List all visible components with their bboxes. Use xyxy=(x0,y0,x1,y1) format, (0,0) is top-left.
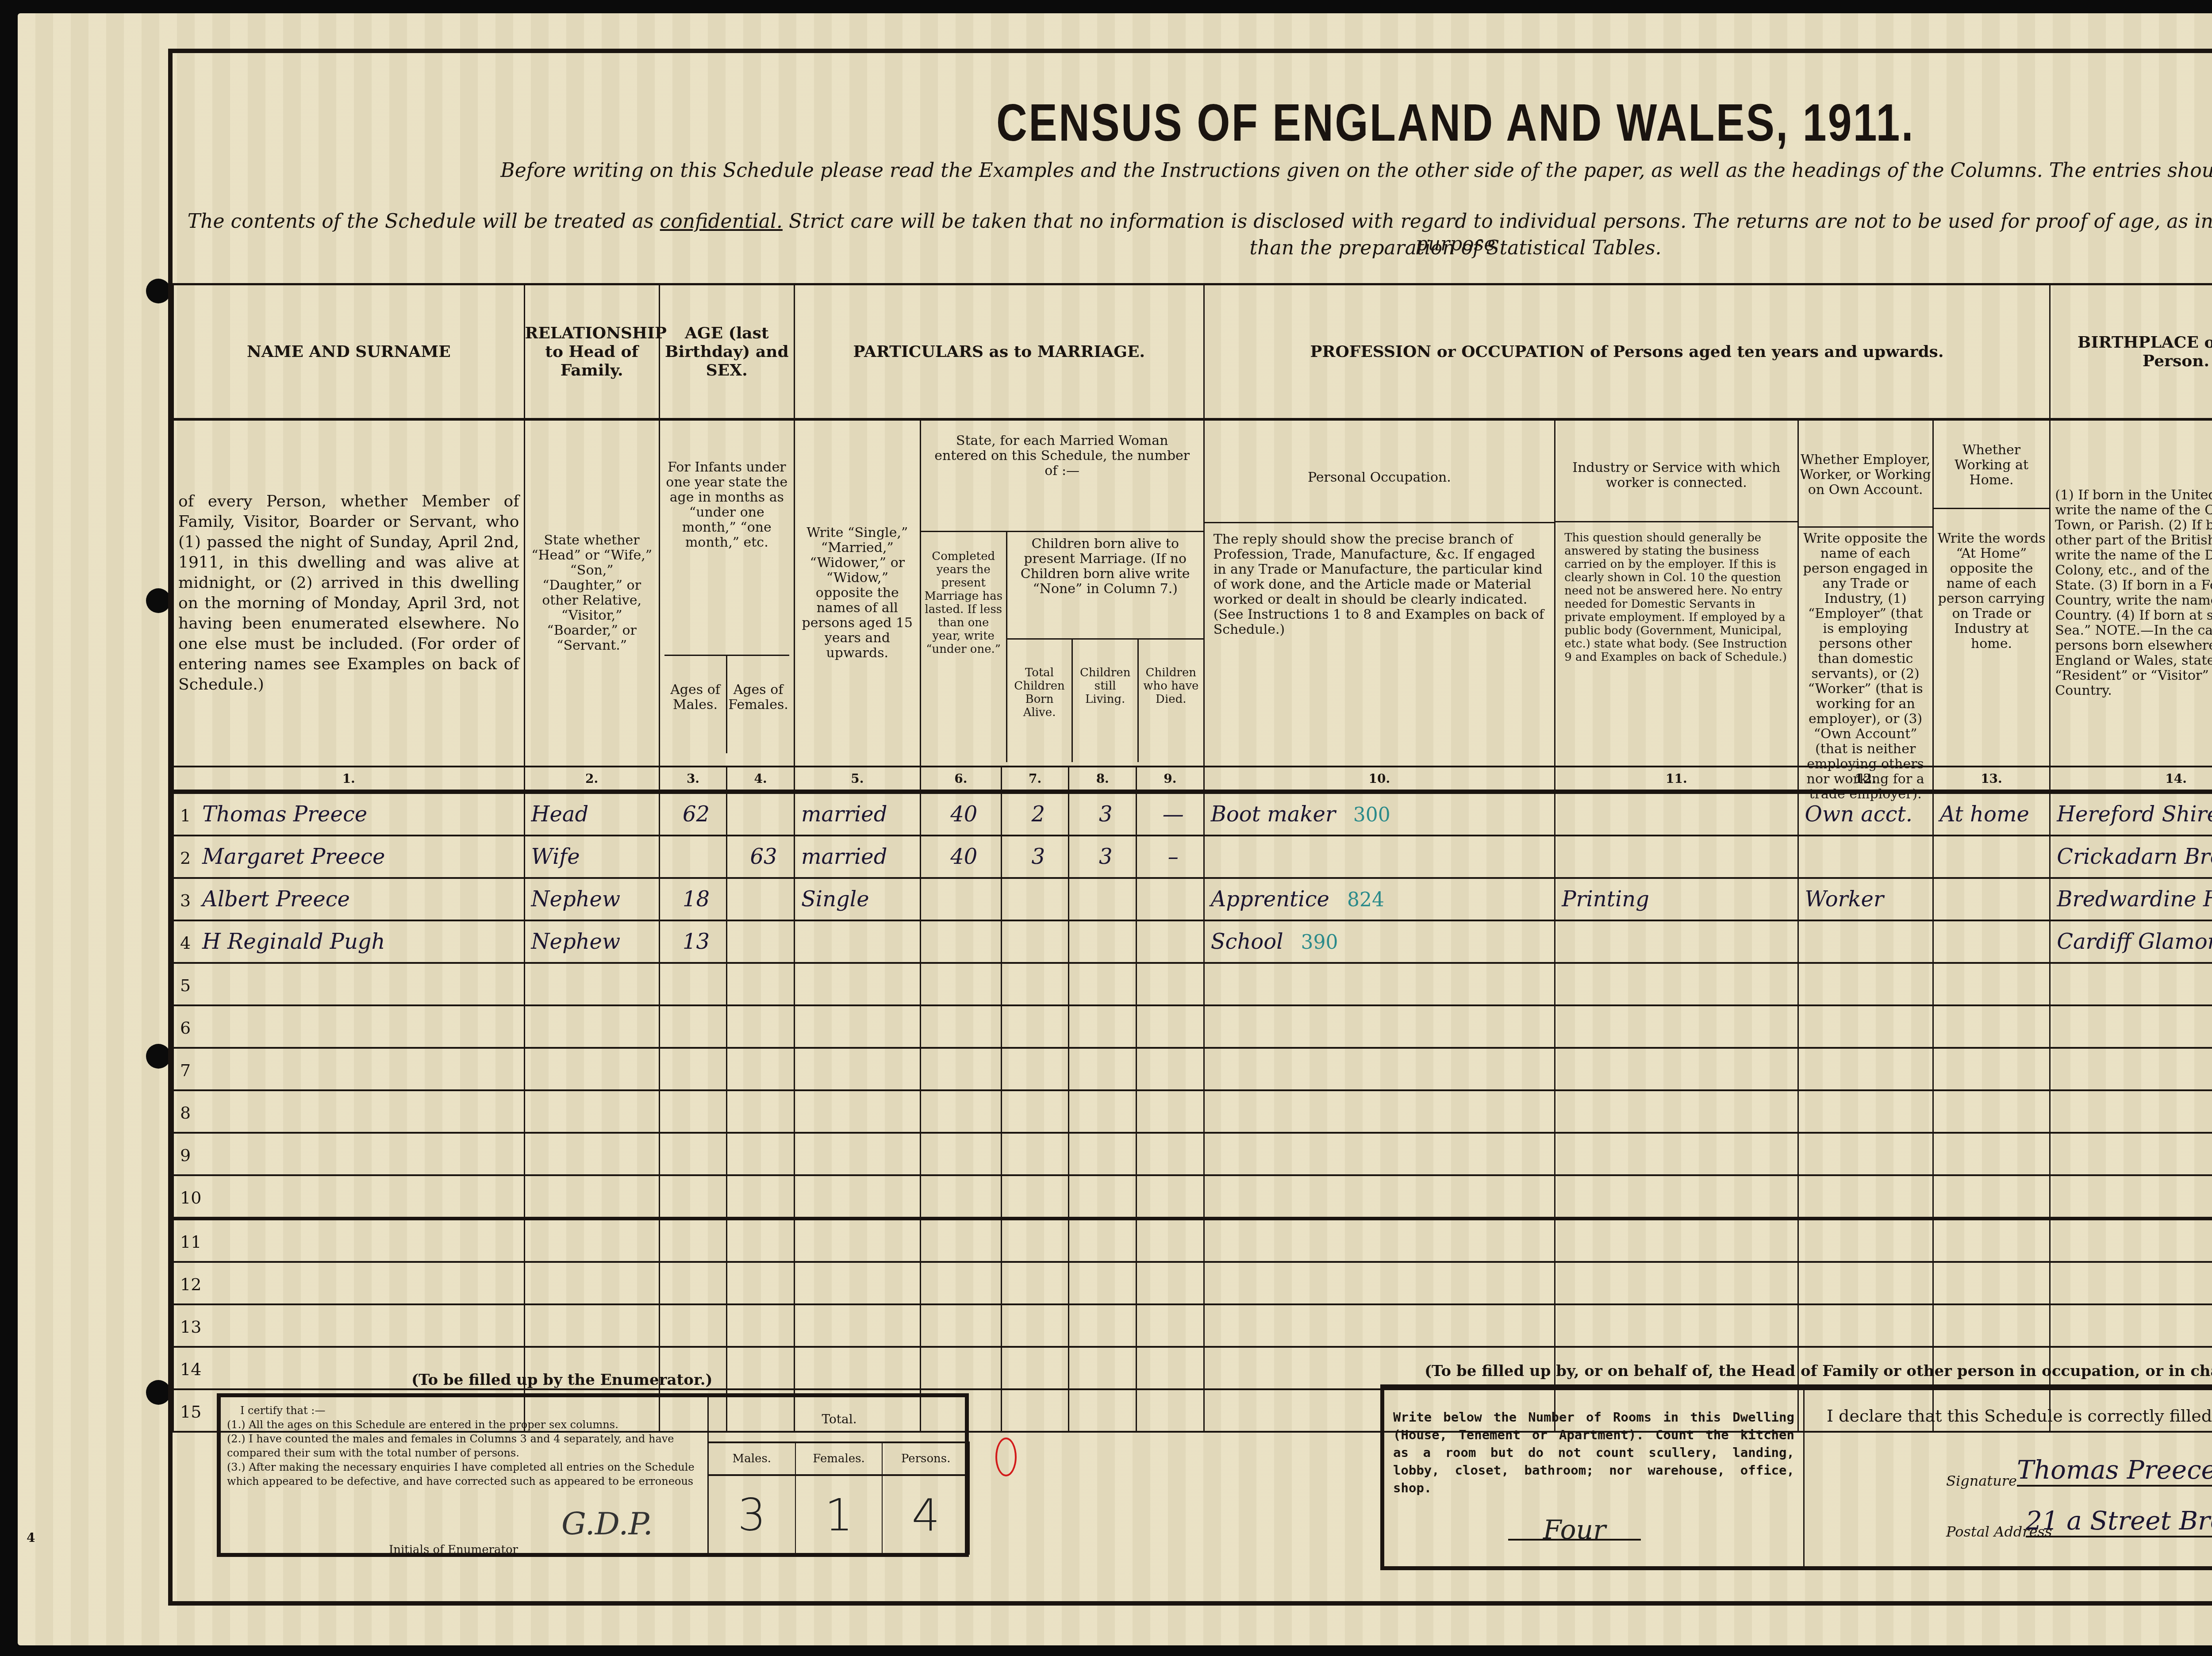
header-age: AGE (last Birthday) and SEX. xyxy=(659,284,794,420)
employer-cell[interactable] xyxy=(1798,920,1933,963)
table-row: 13 xyxy=(173,1304,2212,1347)
employer-cell[interactable] xyxy=(1798,836,1933,878)
age-female-cell[interactable] xyxy=(727,1048,795,1090)
table-row: 1Thomas PreeceHead62married4023—Boot mak… xyxy=(173,792,2212,836)
occupation-code: 300 xyxy=(1353,804,1390,826)
occupation-code: 390 xyxy=(1301,931,1338,954)
totals-header: Total. xyxy=(709,1397,970,1443)
census-form: CENSUS OF ENGLAND AND WALES, 1911. Befor… xyxy=(168,49,2212,1606)
at-home-cell[interactable] xyxy=(1933,1048,2050,1090)
occupation-cell[interactable] xyxy=(1204,1133,1555,1175)
children-living-cell[interactable] xyxy=(1069,1005,1137,1048)
col-num: 3. xyxy=(659,767,727,792)
years-married-cell[interactable] xyxy=(920,1175,1001,1219)
children-living-cell[interactable]: 3 xyxy=(1069,792,1137,836)
industry-cell[interactable] xyxy=(1555,1304,1798,1347)
header-name: NAME AND SURNAME xyxy=(173,284,525,420)
person-name: H Reginald Pugh xyxy=(202,929,385,954)
years-married-cell[interactable] xyxy=(920,1048,1001,1090)
industry-cell[interactable] xyxy=(1555,1090,1798,1133)
children-living-cell[interactable] xyxy=(1069,920,1137,963)
header-marriage: PARTICULARS as to MARRIAGE. xyxy=(794,284,1204,420)
name-cell[interactable]: 12 xyxy=(173,1262,525,1304)
children-total-cell[interactable] xyxy=(1001,1048,1069,1090)
certify-2: (2.) I have counted the males and female… xyxy=(227,1432,696,1460)
desc-marriage: Write “Single,” “Married,” “Widower,” or… xyxy=(794,419,920,767)
col-num: 5. xyxy=(794,767,920,792)
age-male-cell[interactable] xyxy=(659,1262,727,1304)
desc-children-total: Total Children Born Alive. xyxy=(1007,640,1073,762)
industry-cell[interactable] xyxy=(1555,1219,1798,1262)
age-male-cell[interactable] xyxy=(659,836,727,878)
age-female-cell[interactable] xyxy=(727,1262,795,1304)
person-name: Margaret Preece xyxy=(202,844,385,869)
name-cell[interactable]: 11 xyxy=(173,1219,525,1262)
row-number: 4 xyxy=(180,933,202,953)
years-married-cell[interactable] xyxy=(920,1219,1001,1262)
row-number: 5 xyxy=(180,976,202,995)
col-num: 9. xyxy=(1137,767,1204,792)
employer-title: Whether Employer, Worker, or Working on … xyxy=(1799,439,1932,528)
occupation-cell[interactable] xyxy=(1204,963,1555,1005)
employer-cell[interactable] xyxy=(1798,1304,1933,1347)
row-number: 6 xyxy=(180,1018,202,1038)
children-total-cell[interactable] xyxy=(1001,1133,1069,1175)
children-total-cell[interactable] xyxy=(1001,1090,1069,1133)
children-died-cell[interactable] xyxy=(1137,1347,1204,1389)
age-female-cell[interactable] xyxy=(727,878,795,920)
desc-age: For Infants under one year state the age… xyxy=(659,419,794,767)
age-male-cell[interactable] xyxy=(659,1133,727,1175)
children-died-cell[interactable] xyxy=(1137,1175,1204,1219)
table-row: 10 xyxy=(173,1175,2212,1219)
rooms-section: Write below the Number of Rooms in this … xyxy=(1384,1388,1805,1566)
at-home-cell[interactable] xyxy=(1933,1304,2050,1347)
marriage-cell[interactable] xyxy=(794,1175,920,1219)
totals-values: 3 1 4 xyxy=(709,1476,970,1555)
desc-birthplace: (1) If born in the United Kingdom, write… xyxy=(2050,419,2212,767)
age-female-cell[interactable] xyxy=(727,1347,795,1389)
years-married-cell[interactable] xyxy=(920,1304,1001,1347)
row-number: 13 xyxy=(180,1317,202,1337)
children-died-cell[interactable] xyxy=(1137,1048,1204,1090)
age-male-cell[interactable] xyxy=(659,1048,727,1090)
age-female-cell[interactable] xyxy=(727,1219,795,1262)
industry-title: Industry or Service with which worker is… xyxy=(1555,434,1797,522)
children-living-cell[interactable] xyxy=(1069,1219,1137,1262)
at-home-cell[interactable] xyxy=(1933,963,2050,1005)
desc-age-males: Ages of Males. xyxy=(664,656,728,753)
relationship-cell[interactable]: Wife xyxy=(524,836,659,878)
table-row: 11 xyxy=(173,1219,2212,1262)
marriage-cell[interactable] xyxy=(794,1347,920,1389)
row-number: 7 xyxy=(180,1061,202,1080)
rooms-value[interactable]: Four xyxy=(1508,1521,1641,1541)
birthplace-cell[interactable] xyxy=(2050,1219,2212,1262)
children-living-cell[interactable] xyxy=(1069,1048,1137,1090)
rooms-instruction: Write below the Number of Rooms in this … xyxy=(1393,1408,1794,1497)
children-died-cell[interactable] xyxy=(1137,1304,1204,1347)
years-married-cell[interactable] xyxy=(920,963,1001,1005)
name-cell[interactable]: 2Margaret Preece xyxy=(173,836,525,878)
industry-cell[interactable] xyxy=(1555,1262,1798,1304)
children-total-cell[interactable] xyxy=(1001,920,1069,963)
age-male-cell[interactable] xyxy=(659,1090,727,1133)
age-male-cell[interactable] xyxy=(659,1175,727,1219)
relationship-cell[interactable] xyxy=(524,963,659,1005)
header-row-desc: of every Person, whether Member of Famil… xyxy=(173,419,2212,767)
children-total-cell[interactable] xyxy=(1001,1389,1069,1432)
marriage-cell[interactable] xyxy=(794,1219,920,1262)
punch-hole xyxy=(146,279,171,303)
relationship-cell[interactable] xyxy=(524,1175,659,1219)
industry-cell[interactable] xyxy=(1555,1005,1798,1048)
age-female-cell[interactable] xyxy=(727,1090,795,1133)
enumerator-certification: I certify that :— (1.) All the ages on t… xyxy=(227,1403,696,1488)
birthplace-cell[interactable] xyxy=(2050,1133,2212,1175)
relationship-cell[interactable] xyxy=(524,1048,659,1090)
children-total-cell[interactable]: 3 xyxy=(1001,836,1069,878)
col-num: 1. xyxy=(173,767,525,792)
occupation-cell[interactable] xyxy=(1204,1175,1555,1219)
totals-females-label: Females. xyxy=(796,1443,883,1474)
relationship-cell[interactable] xyxy=(524,1005,659,1048)
age-female-cell[interactable] xyxy=(727,1133,795,1175)
signature-label: Signature xyxy=(1946,1472,2017,1489)
name-cell[interactable]: 4H Reginald Pugh xyxy=(173,920,525,963)
occupation-cell[interactable]: Boot maker300 xyxy=(1204,792,1555,836)
children-died-cell[interactable]: – xyxy=(1137,836,1204,878)
desc-employer: Whether Employer, Worker, or Working on … xyxy=(1798,419,1933,767)
occupation-text: Boot maker xyxy=(1211,802,1336,827)
children-total-cell[interactable] xyxy=(1001,963,1069,1005)
relationship-cell[interactable]: Nephew xyxy=(524,920,659,963)
col-num: 7. xyxy=(1001,767,1069,792)
children-total-cell[interactable] xyxy=(1001,1005,1069,1048)
birthplace-cell[interactable] xyxy=(2050,1090,2212,1133)
relationship-cell[interactable]: Nephew xyxy=(524,878,659,920)
marriage-cell[interactable] xyxy=(794,1048,920,1090)
marriage-cell[interactable] xyxy=(794,920,920,963)
age-male-cell[interactable]: 62 xyxy=(659,792,727,836)
row-number: 3 xyxy=(180,891,202,910)
employer-cell[interactable] xyxy=(1798,1005,1933,1048)
years-married-cell[interactable] xyxy=(920,1347,1001,1389)
col-num: 8. xyxy=(1069,767,1137,792)
relationship-cell[interactable] xyxy=(524,1090,659,1133)
children-total-cell[interactable] xyxy=(1001,1175,1069,1219)
industry-cell[interactable]: Printing xyxy=(1555,878,1798,920)
totals-females[interactable]: 1 xyxy=(796,1476,883,1555)
relationship-cell[interactable] xyxy=(524,1304,659,1347)
employer-cell[interactable]: Worker xyxy=(1798,878,1933,920)
marriage-cell[interactable] xyxy=(794,1262,920,1304)
name-cell[interactable]: 10 xyxy=(173,1175,525,1219)
birthplace-cell[interactable] xyxy=(2050,1262,2212,1304)
employer-cell[interactable] xyxy=(1798,1262,1933,1304)
header-relationship: RELATIONSHIP to Head of Family. xyxy=(524,284,659,420)
children-died-cell[interactable] xyxy=(1137,963,1204,1005)
census-table: NAME AND SURNAME RELATIONSHIP to Head of… xyxy=(173,283,2212,1433)
age-female-cell[interactable] xyxy=(727,1005,795,1048)
col-num: 14. xyxy=(2050,767,2212,792)
certify-1: (1.) All the ages on this Schedule are e… xyxy=(227,1418,696,1432)
age-female-cell[interactable] xyxy=(727,920,795,963)
industry-cell[interactable] xyxy=(1555,1133,1798,1175)
children-living-cell[interactable] xyxy=(1069,1304,1137,1347)
age-male-cell[interactable]: 18 xyxy=(659,878,727,920)
employer-cell[interactable] xyxy=(1798,1175,1933,1219)
desc-relationship: State whether “Head” or “Wife,” “Son,” “… xyxy=(524,419,659,767)
children-died-cell[interactable]: — xyxy=(1137,792,1204,836)
industry-text: This question should generally be answer… xyxy=(1555,522,1797,752)
person-name: Albert Preece xyxy=(202,887,350,912)
age-female-cell[interactable] xyxy=(727,963,795,1005)
children-died-cell[interactable] xyxy=(1137,1389,1204,1432)
children-living-cell[interactable] xyxy=(1069,878,1137,920)
totals-males[interactable]: 3 xyxy=(709,1476,796,1555)
children-total-cell[interactable]: 2 xyxy=(1001,792,1069,836)
row-number: 11 xyxy=(180,1232,202,1252)
row-number: 15 xyxy=(180,1402,202,1422)
children-living-cell[interactable] xyxy=(1069,1262,1137,1304)
confidential-tail: than the preparation of Statistical Tabl… xyxy=(173,237,2212,259)
household-box: Write below the Number of Rooms in this … xyxy=(1380,1384,2212,1570)
birthplace-cell[interactable] xyxy=(2050,1005,2212,1048)
age-subheaders: Ages of Males. Ages of Females. xyxy=(664,655,789,753)
occupation-cell[interactable] xyxy=(1204,1262,1555,1304)
occupation-text: Apprentice xyxy=(1211,887,1329,912)
employer-cell[interactable]: Own acct. xyxy=(1798,792,1933,836)
at-home-cell[interactable] xyxy=(1933,1090,2050,1133)
marriage-cell[interactable]: married xyxy=(794,792,920,836)
page-number: 4 xyxy=(27,1530,35,1545)
occupation-cell[interactable]: Apprentice824 xyxy=(1204,878,1555,920)
initials-label: Initials of Enumerator xyxy=(389,1543,518,1556)
at-home-cell[interactable] xyxy=(1933,920,2050,963)
desc-industry: Industry or Service with which worker is… xyxy=(1555,419,1798,767)
marriage-cell[interactable]: Single xyxy=(794,878,920,920)
children-living-cell[interactable] xyxy=(1069,1175,1137,1219)
declaration: I declare that this Schedule is correctl… xyxy=(1827,1406,2212,1426)
relationship-cell[interactable] xyxy=(524,1262,659,1304)
marriage-cell[interactable] xyxy=(794,1005,920,1048)
table-row: 7 xyxy=(173,1048,2212,1090)
years-married-cell[interactable] xyxy=(920,1005,1001,1048)
industry-cell[interactable] xyxy=(1555,1048,1798,1090)
marriage-cell[interactable] xyxy=(794,1090,920,1133)
age-female-cell[interactable] xyxy=(727,1304,795,1347)
postal-address-field[interactable]: 21 a Street Brecon xyxy=(2026,1506,2212,1537)
age-female-cell[interactable] xyxy=(727,1175,795,1219)
age-female-cell[interactable] xyxy=(727,792,795,836)
marriage-cell[interactable] xyxy=(794,1133,920,1175)
confidential-word: confidential. xyxy=(660,210,783,233)
children-living-cell[interactable] xyxy=(1069,1090,1137,1133)
employer-cell[interactable] xyxy=(1798,1090,1933,1133)
name-cell[interactable]: 1Thomas Preece xyxy=(173,792,525,836)
row-number: 14 xyxy=(180,1360,202,1379)
header-birthplace: BIRTHPLACE of every Person. xyxy=(2050,284,2212,420)
years-married-cell[interactable]: 40 xyxy=(920,836,1001,878)
page-title: CENSUS OF ENGLAND AND WALES, 1911. xyxy=(403,93,2212,153)
occupation-cell[interactable] xyxy=(1204,1219,1555,1262)
children-died-cell[interactable] xyxy=(1137,1005,1204,1048)
col-num: 13. xyxy=(1933,767,2050,792)
birthplace-cell[interactable] xyxy=(2050,1175,2212,1219)
col-num: 4. xyxy=(727,767,795,792)
at-home-cell[interactable] xyxy=(1933,1175,2050,1219)
years-married-cell[interactable]: 40 xyxy=(920,792,1001,836)
birthplace-cell[interactable]: Crickadarn Brecknockshire xyxy=(2050,836,2212,878)
employer-text: Write opposite the name of each person e… xyxy=(1799,528,1932,747)
punch-hole xyxy=(146,1380,171,1405)
children-died-cell[interactable] xyxy=(1137,1262,1204,1304)
at-home-text: Write the words “At Home” opposite the n… xyxy=(1934,509,2050,766)
children-total-cell[interactable] xyxy=(1001,1262,1069,1304)
name-cell[interactable]: 13 xyxy=(173,1304,525,1347)
desc-children-alive: Children born alive to present Marriage.… xyxy=(1007,532,1203,640)
birthplace-cell[interactable] xyxy=(2050,1048,2212,1090)
relationship-cell[interactable] xyxy=(524,1219,659,1262)
marriage-cell[interactable] xyxy=(794,963,920,1005)
at-home-cell[interactable] xyxy=(1933,878,2050,920)
industry-cell[interactable] xyxy=(1555,920,1798,963)
employer-cell[interactable] xyxy=(1798,1133,1933,1175)
name-cell[interactable]: 9 xyxy=(173,1133,525,1175)
at-home-cell[interactable] xyxy=(1933,1219,2050,1262)
birthplace-cell[interactable]: Cardiff Glamorgan Shire xyxy=(2050,920,2212,963)
age-male-cell[interactable] xyxy=(659,963,727,1005)
occupation-cell[interactable] xyxy=(1204,1005,1555,1048)
certify-intro: I certify that :— xyxy=(227,1403,696,1418)
col-num: 2. xyxy=(524,767,659,792)
birthplace-cell[interactable]: Hereford Shire xyxy=(2050,792,2212,836)
certify-3: (3.) After making the necessary enquirie… xyxy=(227,1460,696,1488)
name-cell[interactable]: 6 xyxy=(173,1005,525,1048)
age-female-cell[interactable]: 63 xyxy=(727,836,795,878)
children-total-cell[interactable] xyxy=(1001,1347,1069,1389)
children-living-cell[interactable] xyxy=(1069,1389,1137,1432)
married-woman-subcols: Completed years the present Marriage has… xyxy=(921,532,1203,762)
children-living-cell[interactable] xyxy=(1069,1133,1137,1175)
children-died-cell[interactable] xyxy=(1137,920,1204,963)
age-male-cell[interactable] xyxy=(659,1304,727,1347)
totals-persons[interactable]: 4 xyxy=(883,1476,970,1555)
household-heading: (To be filled up by, or on behalf of, th… xyxy=(1425,1362,2212,1380)
row-number: 10 xyxy=(180,1188,202,1207)
desc-at-home: Whether Working at Home. Write the words… xyxy=(1933,419,2050,767)
header-row-main: NAME AND SURNAME RELATIONSHIP to Head of… xyxy=(173,284,2212,420)
at-home-cell[interactable] xyxy=(1933,1005,2050,1048)
occupation-cell[interactable] xyxy=(1204,1304,1555,1347)
children-living-cell[interactable] xyxy=(1069,1347,1137,1389)
totals-table: Total. Males. Females. Persons. 3 1 4 xyxy=(707,1397,970,1553)
at-home-cell[interactable]: At home xyxy=(1933,792,2050,836)
years-married-cell[interactable] xyxy=(920,920,1001,963)
employer-cell[interactable] xyxy=(1798,1219,1933,1262)
age-male-cell[interactable] xyxy=(659,1005,727,1048)
children-living-cell[interactable]: 3 xyxy=(1069,836,1137,878)
children-total-cell[interactable] xyxy=(1001,1219,1069,1262)
employer-cell[interactable] xyxy=(1798,963,1933,1005)
name-cell[interactable]: 3Albert Preece xyxy=(173,878,525,920)
years-married-cell[interactable] xyxy=(920,1262,1001,1304)
name-cell[interactable]: 5 xyxy=(173,963,525,1005)
row-number: 2 xyxy=(180,848,202,868)
children-total-cell[interactable] xyxy=(1001,1304,1069,1347)
marriage-cell[interactable] xyxy=(794,1304,920,1347)
row-number: 12 xyxy=(180,1275,202,1294)
industry-cell[interactable] xyxy=(1555,1175,1798,1219)
table-row: 4H Reginald PughNephew13School390Cardiff… xyxy=(173,920,2212,963)
birthplace-cell[interactable]: Bredwardine Hereford Shire xyxy=(2050,878,2212,920)
desc-age-females: Ages of Females. xyxy=(727,656,789,753)
row-number: 8 xyxy=(180,1103,202,1123)
marriage-cell[interactable]: married xyxy=(794,836,920,878)
initials-value[interactable]: G.D.P. xyxy=(561,1506,653,1542)
signature-field[interactable]: Thomas Preece xyxy=(2017,1455,2212,1487)
years-married-cell[interactable] xyxy=(920,1133,1001,1175)
table-row: 9 xyxy=(173,1133,2212,1175)
row-number: 1 xyxy=(180,806,202,825)
birthplace-cell[interactable] xyxy=(2050,963,2212,1005)
children-living-cell[interactable] xyxy=(1069,963,1137,1005)
children-died-cell[interactable] xyxy=(1137,1133,1204,1175)
at-home-cell[interactable] xyxy=(1933,1133,2050,1175)
desc-children-living: Children still Living. xyxy=(1073,640,1139,762)
table-row: 3Albert PreeceNephew18SingleApprentice82… xyxy=(173,878,2212,920)
relationship-cell[interactable]: Head xyxy=(524,792,659,836)
personal-occupation-text: The reply should show the precise branch… xyxy=(1205,523,1555,753)
employer-cell[interactable] xyxy=(1798,1048,1933,1090)
table-row: 5 xyxy=(173,963,2212,1005)
enumerator-heading: (To be filled up by the Enumerator.) xyxy=(411,1371,713,1389)
totals-persons-label: Persons. xyxy=(883,1443,970,1474)
relationship-cell[interactable] xyxy=(524,1133,659,1175)
industry-cell[interactable] xyxy=(1555,836,1798,878)
name-cell[interactable]: 7 xyxy=(173,1048,525,1090)
industry-cell[interactable] xyxy=(1555,792,1798,836)
years-married-cell[interactable] xyxy=(920,878,1001,920)
at-home-title: Whether Working at Home. xyxy=(1934,421,2050,509)
confidential-pre: The contents of the Schedule will be tre… xyxy=(188,210,660,233)
occupation-cell[interactable]: School390 xyxy=(1204,920,1555,963)
birthplace-cell[interactable] xyxy=(2050,1304,2212,1347)
occupation-cell[interactable] xyxy=(1204,1048,1555,1090)
at-home-cell[interactable] xyxy=(1933,836,2050,878)
children-died-cell[interactable] xyxy=(1137,1090,1204,1133)
col-num: 11. xyxy=(1555,767,1798,792)
industry-cell[interactable] xyxy=(1555,963,1798,1005)
children-died-cell[interactable] xyxy=(1137,878,1204,920)
desc-years-married: Completed years the present Marriage has… xyxy=(921,532,1007,762)
age-male-cell[interactable] xyxy=(659,1219,727,1262)
occupation-cell[interactable] xyxy=(1204,836,1555,878)
children-died-cell[interactable] xyxy=(1137,1219,1204,1262)
punch-hole xyxy=(146,1044,171,1069)
years-married-cell[interactable] xyxy=(920,1090,1001,1133)
name-cell[interactable]: 8 xyxy=(173,1090,525,1133)
children-total-cell[interactable] xyxy=(1001,878,1069,920)
at-home-cell[interactable] xyxy=(1933,1262,2050,1304)
person-name: Thomas Preece xyxy=(202,802,367,827)
desc-personal-occupation: Personal Occupation. The reply should sh… xyxy=(1204,419,1555,767)
enumerator-box: I certify that :— (1.) All the ages on t… xyxy=(217,1393,969,1557)
table-row: 12 xyxy=(173,1262,2212,1304)
age-male-cell[interactable]: 13 xyxy=(659,920,727,963)
occupation-cell[interactable] xyxy=(1204,1090,1555,1133)
